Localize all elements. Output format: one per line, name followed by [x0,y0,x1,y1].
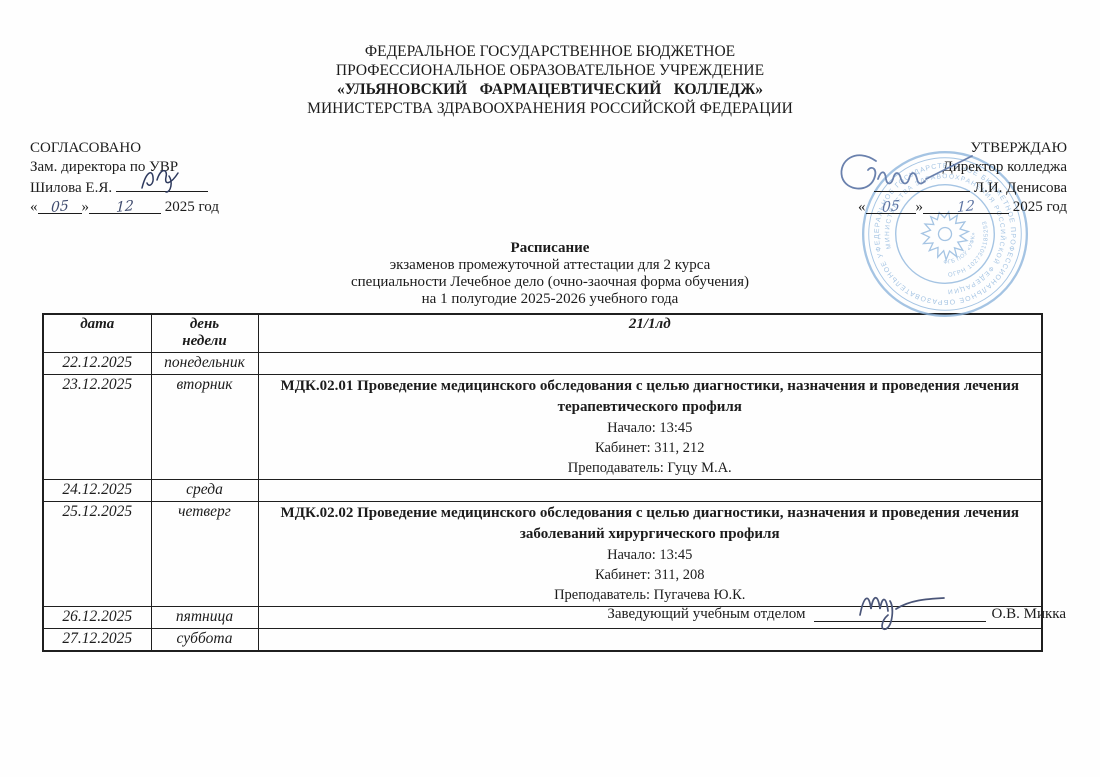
approved-date-day: 05 [881,196,899,217]
approved-heading: УТВЕРЖДАЮ [858,139,1067,158]
agreed-signer-line: Шилова Е.Я. [30,176,219,198]
approved-signature-line [874,176,970,192]
exam-title: МДК.02.01 Проведение медицинского обслед… [261,376,1040,418]
raquo: » [82,199,90,215]
agreed-heading: СОГЛАСОВАНО [30,139,219,158]
org-header-line4: МИНИСТЕРСТВА ЗДРАВООХРАНЕНИЯ РОССИЙСКОЙ … [0,99,1100,118]
date-cell: 23.12.2025 [43,375,151,480]
table-row: 23.12.2025 вторник МДК.02.01 Проведение … [43,375,1042,480]
exam-cell [258,480,1042,502]
header-date: дата [43,314,151,353]
agreed-date-line: «05»12 2025 год [30,198,219,217]
approved-date-month: 12 [957,196,975,217]
agreed-date-day: 05 [50,196,68,217]
agreed-role: Зам. директора по УВР [30,158,219,177]
day-cell: среда [151,480,258,502]
raquo: » [916,199,924,215]
day-cell: вторник [151,375,258,480]
footer-label: Заведующий учебным отделом [607,603,805,625]
agreed-signer-name: Шилова Е.Я. [30,180,112,196]
approved-block: УТВЕРЖДАЮ Директор колледжа Л.И. Денисов… [858,139,1067,216]
approved-date-month-line: 12 [923,198,1009,214]
table-row: 22.12.2025 понедельник [43,353,1042,375]
org-header-line2: ПРОФЕССИОНАЛЬНОЕ ОБРАЗОВАТЕЛЬНОЕ УЧРЕЖДЕ… [0,61,1100,80]
exam-title: МДК.02.02 Проведение медицинского обслед… [261,503,1040,545]
laquo: « [30,199,38,215]
approved-role: Директор колледжа [858,158,1067,177]
agreed-signature-line [116,176,208,192]
header-day: день недели [151,314,258,353]
date-cell: 24.12.2025 [43,480,151,502]
date-cell: 27.12.2025 [43,629,151,652]
approved-signer-line: Л.И. Денисова [858,176,1067,198]
exam-start: Начало: 13:45 [261,418,1040,438]
header-day-line1: день [154,316,256,333]
exam-teacher: Преподаватель: Гуцу М.А. [261,458,1040,478]
agreed-date-day-line: 05 [38,198,82,214]
approved-date-line: «05»12 2025 год [858,198,1067,217]
day-cell: понедельник [151,353,258,375]
date-cell: 26.12.2025 [43,607,151,629]
footer-signer-name: О.В. Микка [992,603,1066,625]
exam-room: Кабинет: 311, 208 [261,565,1040,585]
approved-signer-name: Л.И. Денисова [974,180,1067,196]
approved-date-year: 2025 год [1013,199,1067,215]
agreed-date-month: 12 [116,196,134,217]
org-header: ФЕДЕРАЛЬНОЕ ГОСУДАРСТВЕННОЕ БЮДЖЕТНОЕ ПР… [0,42,1100,118]
table-row: 27.12.2025 суббота [43,629,1042,652]
exam-cell [258,353,1042,375]
org-header-college-name: «УЛЬЯНОВСКИЙ ФАРМАЦЕВТИЧЕСКИЙ КОЛЛЕДЖ» [0,80,1100,99]
org-header-line1: ФЕДЕРАЛЬНОЕ ГОСУДАРСТВЕННОЕ БЮДЖЕТНОЕ [0,42,1100,61]
day-cell: четверг [151,502,258,607]
exam-cell: МДК.02.01 Проведение медицинского обслед… [258,375,1042,480]
exam-cell [258,629,1042,652]
day-cell: пятница [151,607,258,629]
footer-signoff: Заведующий учебным отделом О.В. Микка [607,601,1066,625]
exam-cell: МДК.02.02 Проведение медицинского обслед… [258,502,1042,607]
footer-signature-line [814,601,986,622]
header-day-line2: недели [154,333,256,350]
agreed-date-year: 2025 год [165,199,219,215]
day-cell: суббота [151,629,258,652]
agreed-block: СОГЛАСОВАНО Зам. директора по УВР Шилова… [30,139,219,216]
table-row: 24.12.2025 среда [43,480,1042,502]
date-cell: 25.12.2025 [43,502,151,607]
date-cell: 22.12.2025 [43,353,151,375]
document-page: ФЕДЕРАЛЬНОЕ ГОСУДАРСТВЕННОЕ БЮДЖЕТНОЕ ПР… [0,0,1100,777]
agreed-date-month-line: 12 [89,198,161,214]
laquo: « [858,199,866,215]
table-row: 25.12.2025 четверг МДК.02.02 Проведение … [43,502,1042,607]
approved-date-day-line: 05 [866,198,916,214]
exam-start: Начало: 13:45 [261,545,1040,565]
exam-room: Кабинет: 311, 212 [261,438,1040,458]
